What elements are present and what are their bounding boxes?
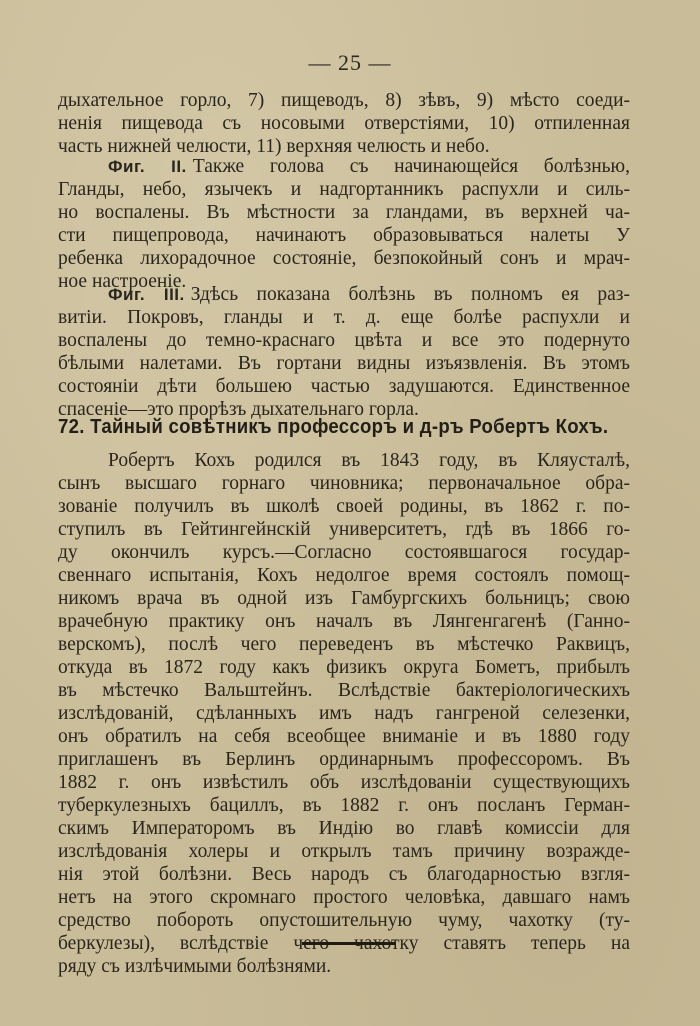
text-line: врачебную практику онъ началъ въ Лянгенг… (58, 610, 630, 633)
text-line: Фиг. III.Здѣсь показана болѣзнь въ полно… (58, 283, 630, 306)
fig2-first-line: Также голова съ начинающейся болѣзнью, (193, 156, 630, 177)
text-line: туберкулезныхъ бациллъ, въ 1882 г. онъ п… (58, 794, 630, 817)
text-line: верскомъ), послѣ чего переведенъ въ мѣст… (58, 633, 630, 656)
text-line: ненія пищевода съ носовыми отверстіями, … (58, 112, 630, 135)
text-line: зованіе получилъ въ школѣ своей родины, … (58, 495, 630, 518)
text-line: въ мѣстечко Вальштейнъ. Вслѣдствіе бакте… (58, 679, 630, 702)
text-line: ряду съ излѣчимыми болѣзнями. (58, 955, 630, 978)
fig3-label: Фиг. III. (108, 285, 185, 304)
text-line: бѣлыми налетами. Въ гортани видны изъязв… (58, 352, 630, 375)
text-line: средство побороть опустошительную чуму, … (58, 909, 630, 932)
fig3-first-line: Здѣсь показана болѣзнь въ полномъ ея раз… (191, 284, 630, 305)
text-line: но воспалены. Въ мѣстности за гландами, … (58, 201, 630, 224)
section-heading: 72. Тайный совѣтникъ профессоръ и д-ръ Р… (58, 416, 590, 439)
text-line: изслѣдованій, сдѣланныхъ имъ надъ гангре… (58, 702, 630, 725)
text-line: Гланды, небо, язычекъ и надгортанникъ ра… (58, 178, 630, 201)
intro-paragraph: дыхательное горло, 7) пищеводъ, 8) зѣвъ,… (58, 89, 630, 158)
text-line: нія этой болѣзни. Весь народъ съ благода… (58, 863, 630, 886)
text-line: никомъ врача въ одной изъ Гамбургскихъ б… (58, 587, 630, 610)
text-line: приглашенъ въ Берлинъ ординарнымъ профес… (58, 748, 630, 771)
text-line: сынъ высшаго горнаго чиновника; первонач… (58, 472, 630, 495)
text-line: ду окончилъ курсъ.—Согласно состоявшагос… (58, 541, 630, 564)
text-line: дыхательное горло, 7) пищеводъ, 8) зѣвъ,… (58, 89, 630, 112)
text-line: онъ обратилъ на себя всеобщее вниманіе и… (58, 725, 630, 748)
text-line: свеннаго испытанія, Кохъ недолгое время … (58, 564, 630, 587)
fig2-label: Фиг. II. (108, 157, 187, 176)
book-page: — 25 — дыхательное горло, 7) пищеводъ, 8… (0, 0, 700, 1026)
text-line: изслѣдованія холеры и открылъ тамъ причи… (58, 840, 630, 863)
text-line: воспалены до темно-краснаго цвѣта и все … (58, 329, 630, 352)
text-line: откуда въ 1872 году какъ физикъ округа Б… (58, 656, 630, 679)
text-line: ступилъ въ Гейтингейнскій университетъ, … (58, 518, 630, 541)
fig3-paragraph: Фиг. III.Здѣсь показана болѣзнь въ полно… (58, 283, 630, 421)
page-number: — 25 — (0, 50, 700, 76)
fig2-paragraph: Фиг. II.Также голова съ начинающейся бол… (58, 155, 630, 293)
text-line: Фиг. II.Также голова съ начинающейся бол… (58, 155, 630, 178)
text-line: ребенка лихорадочное состояніе, безпокой… (58, 247, 630, 270)
article-paragraph: Робертъ Кохъ родился въ 1843 году, въ Кл… (58, 449, 630, 978)
text-line: нетъ на этого скромнаго простого человѣк… (58, 886, 630, 909)
text-line: Робертъ Кохъ родился въ 1843 году, въ Кл… (58, 449, 630, 472)
text-line: сти пищепровода, начинаютъ образовыватьс… (58, 224, 630, 247)
end-rule-divider (302, 942, 395, 945)
text-line: витіи. Покровъ, гланды и т. д. еще болѣе… (58, 306, 630, 329)
text-line: 1882 г. онъ извѣстилъ объ изслѣдованіи с… (58, 771, 630, 794)
text-line: скимъ Императоромъ въ Индію во главѣ ком… (58, 817, 630, 840)
text-line: состояніи дѣти большею частью задушаются… (58, 375, 630, 398)
